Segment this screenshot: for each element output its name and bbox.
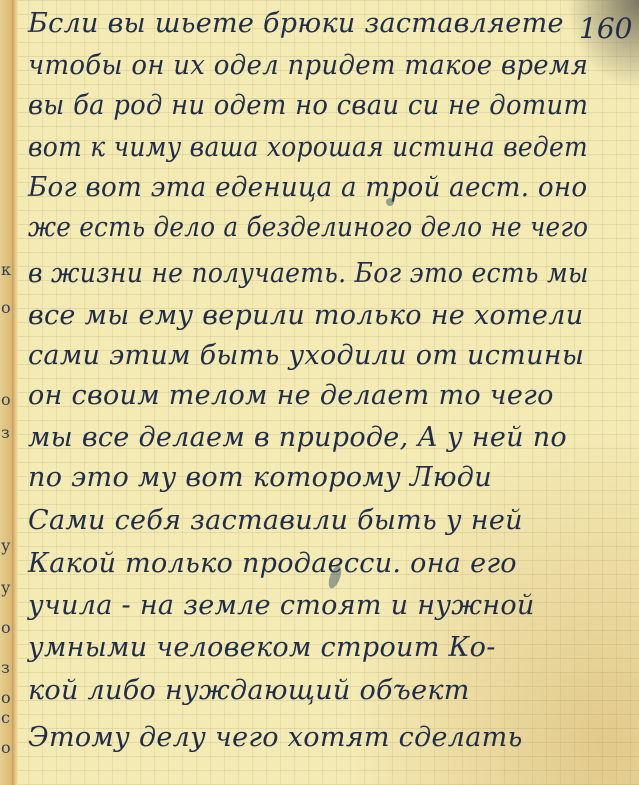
margin-mark: з — [1, 660, 9, 676]
text-line: он своим телом не делает то чего — [28, 380, 554, 411]
text-line: умными человеком строит Ко- — [28, 632, 496, 663]
text-line: вы ба род ни одет но сваи си не дотит — [28, 90, 588, 121]
margin-mark: з — [1, 425, 9, 441]
margin-mark: к — [1, 262, 9, 278]
margin-mark: о — [1, 620, 9, 636]
text-line: Бсли вы шьете брюки заставляете — [28, 8, 564, 39]
text-line: Этому делу чего хотят сделать — [28, 722, 523, 753]
margin-mark: у — [1, 580, 9, 596]
margin-line — [12, 0, 18, 785]
text-line: Сами себя заставили быть у ней — [28, 505, 523, 536]
text-line: по это му вот которому Люди — [28, 462, 492, 493]
margin-mark: с — [1, 710, 9, 726]
text-line: Какой только продаесси. она его — [28, 548, 517, 579]
text-line: Бог вот эта еденица а трой аест. оно — [28, 172, 587, 203]
text-line: учила - на земле стоят и нужной — [28, 590, 535, 621]
margin-mark: о — [1, 392, 9, 408]
text-line: же есть дело а безделиного дело не чего — [28, 212, 588, 243]
ink-blot — [386, 198, 394, 206]
margin-marks: к о о з у у о з о с о — [0, 0, 12, 785]
text-line: кой либо нуждающий объект — [28, 675, 470, 706]
text-line: сами этим быть уходили от истины — [28, 340, 584, 371]
margin-mark: о — [1, 300, 9, 316]
text-line: чтобы он их одел придет такое время — [28, 50, 588, 81]
text-line: все мы ему верили только не хотели — [28, 300, 583, 331]
text-line: мы все делаем в природе, А у ней по — [28, 422, 567, 453]
notebook-page: к о о з у у о з о с о 160 Бсли вы шьете … — [0, 0, 639, 785]
page-number: 160 — [579, 12, 632, 45]
text-line: в жизни не получаеть. Бог это есть мы — [28, 258, 589, 289]
margin-mark: о — [1, 690, 9, 706]
margin-mark: о — [1, 740, 9, 756]
margin-mark: у — [1, 538, 9, 554]
text-line: вот к чиму ваша хорошая истина ведет — [28, 132, 588, 163]
